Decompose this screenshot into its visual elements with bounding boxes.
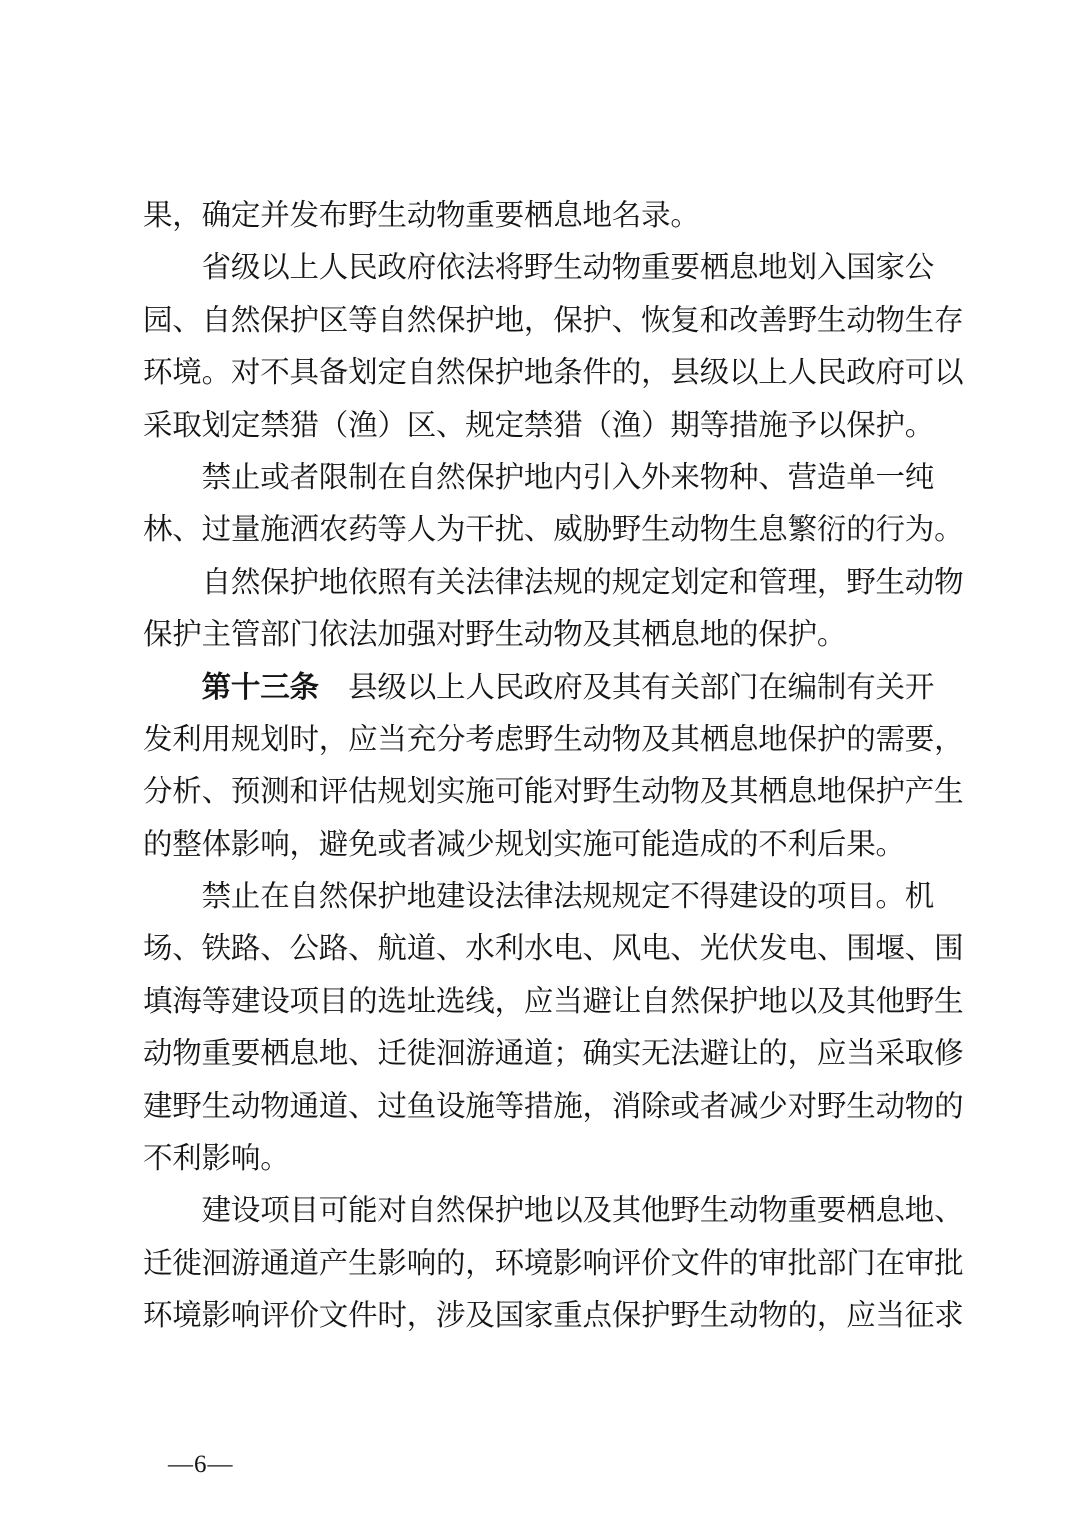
- text-line: 发利用规划时，应当充分考虑野生动物及其栖息地保护的需要，: [143, 714, 953, 766]
- text-line: 环境影响评价文件时，涉及国家重点保护野生动物的，应当征求: [143, 1290, 953, 1342]
- text-line: 禁止在自然保护地建设法律法规规定不得建设的项目。机: [143, 871, 953, 923]
- text-line: 的整体影响，避免或者减少规划实施可能造成的不利后果。: [143, 819, 953, 871]
- article-number: 第十三条: [143, 672, 319, 704]
- text-line: 建设项目可能对自然保护地以及其他野生动物重要栖息地、: [143, 1185, 953, 1237]
- text-line: 动物重要栖息地、迁徙洄游通道；确实无法避让的，应当采取修: [143, 1028, 953, 1080]
- text-line: 保护主管部门依法加强对野生动物及其栖息地的保护。: [143, 609, 953, 661]
- article-13-text: 县级以上人民政府及其有关部门在编制有关开: [319, 672, 934, 704]
- text-line: 自然保护地依照有关法律法规的规定划定和管理，野生动物: [143, 557, 953, 609]
- text-line-article-13: 第十三条 县级以上人民政府及其有关部门在编制有关开: [143, 662, 953, 714]
- page-number: —6—: [168, 1451, 234, 1478]
- text-block: 果，确定并发布野生动物重要栖息地名录。 省级以上人民政府依法将野生动物重要栖息地…: [143, 190, 953, 1343]
- text-line: 园、自然保护区等自然保护地，保护、恢复和改善野生动物生存: [143, 295, 953, 347]
- text-line: 采取划定禁猎（渔）区、规定禁猎（渔）期等措施予以保护。: [143, 400, 953, 452]
- text-line: 禁止或者限制在自然保护地内引入外来物种、营造单一纯: [143, 452, 953, 504]
- text-line: 环境。对不具备划定自然保护地条件的，县级以上人民政府可以: [143, 347, 953, 399]
- text-line: 果，确定并发布野生动物重要栖息地名录。: [143, 190, 953, 242]
- text-line: 林、过量施洒农药等人为干扰、威胁野生动物生息繁衍的行为。: [143, 504, 953, 556]
- text-line: 场、铁路、公路、航道、水利水电、风电、光伏发电、围堰、围: [143, 923, 953, 975]
- document-page: 果，确定并发布野生动物重要栖息地名录。 省级以上人民政府依法将野生动物重要栖息地…: [0, 0, 1074, 1520]
- text-line: 填海等建设项目的选址选线，应当避让自然保护地以及其他野生: [143, 976, 953, 1028]
- text-line: 分析、预测和评估规划实施可能对野生动物及其栖息地保护产生: [143, 766, 953, 818]
- page-footer: —6—: [168, 1445, 234, 1485]
- text-line: 省级以上人民政府依法将野生动物重要栖息地划入国家公: [143, 242, 953, 294]
- text-line: 不利影响。: [143, 1133, 953, 1185]
- text-line: 迁徙洄游通道产生影响的，环境影响评价文件的审批部门在审批: [143, 1238, 953, 1290]
- text-line: 建野生动物通道、过鱼设施等措施，消除或者减少对野生动物的: [143, 1081, 953, 1133]
